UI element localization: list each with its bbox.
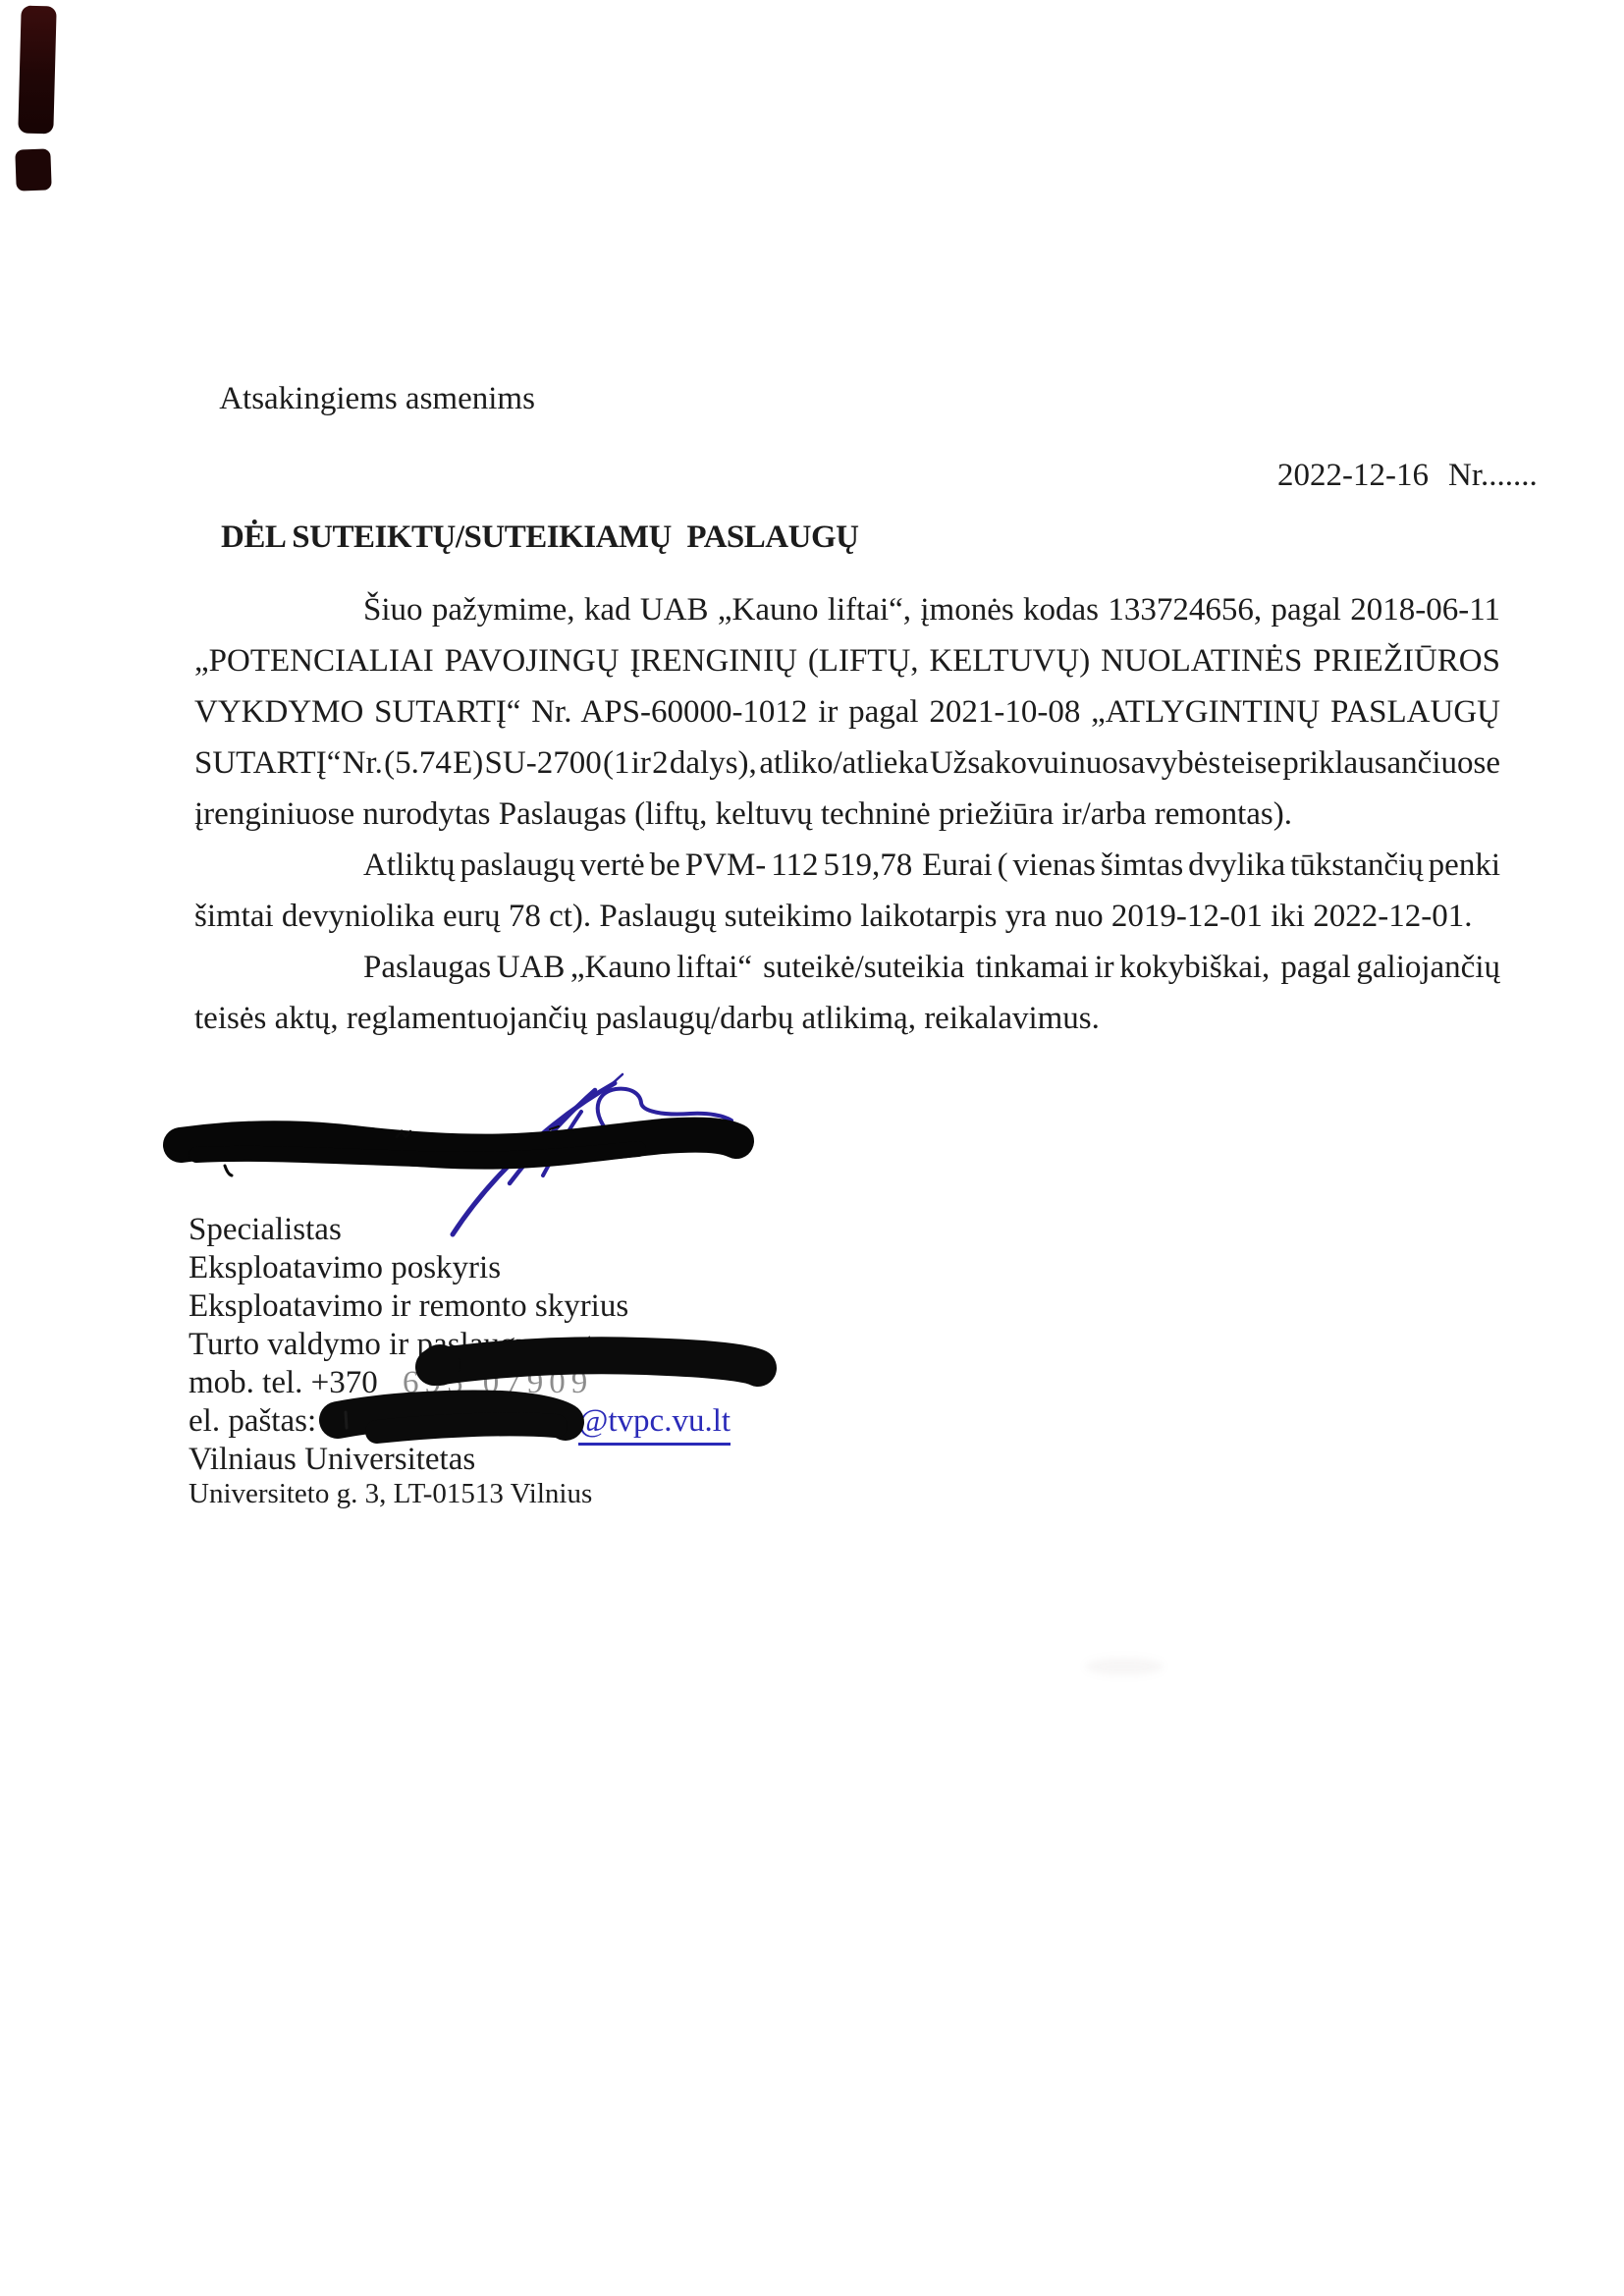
signer-role: Specialistas (189, 1211, 342, 1250)
scan-smudge (1085, 1658, 1164, 1675)
date-value: 2022-12-16 (1277, 458, 1429, 493)
corner-scan-mark-small (15, 148, 51, 191)
body-line: Atliktų paslaugų vertė be PVM- 112 519,7… (194, 847, 1500, 886)
number-placeholder: Nr....... (1448, 458, 1538, 493)
date-line: 2022-12-16Nr....... (1245, 417, 1538, 534)
email-link[interactable]: @tvpc.vu.lt (578, 1402, 731, 1446)
body-line: Šiuo pažymime, kad UAB „Kauno liftai“, į… (194, 591, 1500, 630)
redacted-text-fragments (225, 1126, 559, 1175)
corner-scan-mark-tall (18, 6, 56, 135)
email-line: el. paštas: (189, 1402, 316, 1442)
signer-center: Turto valdymo ir paslaugų centras (189, 1326, 632, 1365)
body-line: teisės aktų, reglamentuojančių paslaugų/… (194, 1000, 1500, 1039)
body-line: šimtai devyniolika eurų 78 ct). Paslaugų… (194, 898, 1500, 937)
name-redaction-bar (181, 1135, 736, 1160)
body-line: VYKDYMO SUTARTĮ“ Nr. APS-60000-1012 ir p… (194, 693, 1500, 733)
scanned-letter-page: Atsakingiems asmenims 2022-12-16Nr......… (0, 0, 1624, 2296)
phone-line: mob. tel. +370 (189, 1364, 386, 1403)
handwritten-signature (453, 1074, 731, 1234)
body-line: „POTENCIALIAI PAVOJINGŲ ĮRENGINIŲ (LIFTŲ… (194, 642, 1500, 682)
organization-name: Vilniaus Universitetas (189, 1441, 475, 1480)
body-line: SUTARTĮ“ Nr. (5.74 E) SU-2700 (1 ir 2 da… (194, 744, 1500, 784)
signer-unit: Eksploatavimo ir remonto skyrius (189, 1287, 628, 1327)
body-line: Paslaugas UAB „Kauno liftai“ suteikė/sut… (194, 949, 1500, 988)
subject-heading: DĖL SUTEIKTŲ/SUTEIKIAMŲ PASLAUGŲ (190, 479, 858, 596)
phone-redacted-remnant: 695 07909 (403, 1364, 593, 1403)
signer-unit-sub: Eksploatavimo poskyris (189, 1249, 501, 1288)
recipient-line: Atsakingiems asmenims (189, 341, 535, 458)
recipient-text: Atsakingiems asmenims (219, 381, 535, 416)
body-line: įrenginiuose nurodytas Paslaugas (liftų,… (194, 795, 1500, 835)
organization-address: Universiteto g. 3, LT-01513 Vilnius (189, 1477, 592, 1511)
email-redaction-bar (338, 1408, 566, 1432)
